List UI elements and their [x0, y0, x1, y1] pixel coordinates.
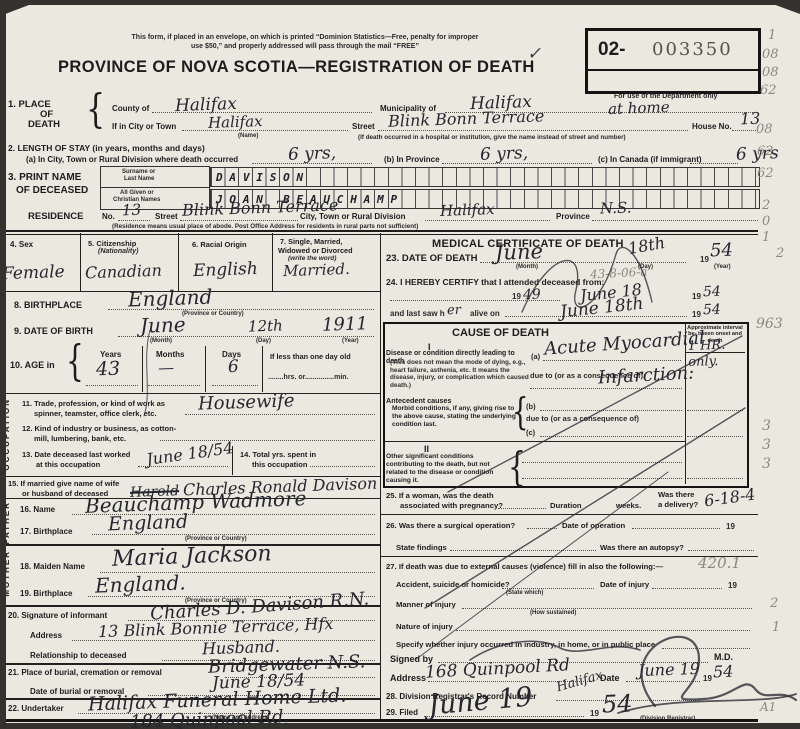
signed-date-value: June 19 — [638, 659, 701, 680]
industry-line — [160, 440, 375, 441]
residence-city-label: City, Town or Rural Division — [300, 212, 406, 221]
print-name-label-2: OF DECEASED — [16, 185, 88, 196]
residence-no-value: 13 — [122, 201, 142, 220]
total-yrs-line — [310, 466, 375, 467]
last-saw-label-1: and last saw h — [390, 309, 445, 318]
house-no-label: House No. — [692, 122, 732, 131]
operation-label: 26. Was there a surgical operation? — [386, 521, 515, 530]
injury-date-label: Date of injury — [600, 580, 649, 589]
informant-sig-label: 20. Signature of informant — [8, 611, 107, 620]
certify-label: 24. I HEREBY CERTIFY that I attended dec… — [386, 277, 604, 287]
surname-comb-grid: DAVISON — [210, 167, 760, 187]
stay-a-value: 6 yrs, — [288, 143, 337, 165]
total-yrs-label-1: 14. Total yrs. spent in — [240, 450, 316, 459]
place-brace: { — [86, 86, 105, 133]
residence-label: RESIDENCE — [28, 211, 83, 222]
mailing-notice-line1: This form, if placed in an envelope, on … — [70, 34, 540, 41]
cause-c-line — [540, 436, 682, 437]
other-conditions-note: Other significant conditions contributin… — [386, 453, 512, 485]
filed-label: 29. Filed — [386, 708, 418, 717]
autopsy-label: Was there an autopsy? — [600, 543, 684, 552]
age-under-day-note: If less than one day old — [270, 352, 351, 361]
dod-day-value: 18th — [627, 233, 667, 258]
residence-province-line — [592, 220, 758, 221]
street-value: Blink Bonn Terrace — [388, 106, 545, 130]
undertaker-label: 22. Undertaker — [8, 704, 64, 713]
interval-line-3 — [687, 478, 743, 479]
citizenship-sublabel: (Nationality) — [98, 248, 138, 255]
margin-note: 1 — [762, 230, 770, 245]
industry-label-2: mill, lumbering, bank, etc. — [34, 434, 126, 443]
cause-title: CAUSE OF DEATH — [452, 327, 549, 339]
city-town-line — [182, 130, 348, 131]
margin-note: 1 — [768, 28, 776, 43]
filed-year-prefix: 19 — [590, 709, 599, 718]
spouse-label-1: 15. If married give name of wife — [8, 479, 119, 488]
age-years-line — [86, 385, 138, 386]
accident-line — [502, 588, 594, 589]
injury-year-prefix: 19 — [728, 581, 737, 590]
age-days-line — [212, 385, 258, 386]
signed-address-label: Address — [390, 673, 426, 683]
residence-no-line — [118, 220, 150, 221]
bottom-rule — [0, 719, 758, 722]
county-label: County of — [112, 104, 149, 113]
dob-month-value: June — [140, 312, 186, 338]
age-months-value: — — [158, 358, 175, 378]
cause-due2-label: due to (or as a consequence of) — [526, 414, 639, 423]
pregnancy-label-2: associated with pregnancy? — [400, 501, 503, 510]
specify-line — [662, 648, 750, 649]
manner-line — [462, 608, 752, 609]
dod-year-value: 54 — [710, 240, 734, 262]
cell-border-3 — [272, 233, 273, 291]
antecedent-label: Antecedent causes — [386, 396, 452, 405]
surname-label-1: Surname or — [122, 169, 155, 175]
signed-year-value: 54 — [713, 662, 734, 682]
marital-label-1: 7. Single, Married, — [280, 237, 342, 246]
cause-b-label: (b) — [526, 402, 536, 411]
dod-label: 23. DATE OF DEATH — [386, 253, 478, 264]
findings-line — [450, 550, 596, 551]
cause-b-line — [540, 410, 682, 411]
at-home-note: at home — [608, 98, 670, 118]
margin-note: 08 — [762, 65, 779, 80]
morbid-note: Morbid conditions, if any, giving rise t… — [392, 405, 520, 429]
duration-label: Duration — [550, 501, 582, 510]
signed-year-prefix: 19 — [703, 674, 712, 683]
nature-line — [456, 630, 750, 631]
marital-label-2: Widowed or Divorced — [278, 246, 353, 255]
dob-month-note: (Month) — [150, 338, 172, 344]
injury-date-line — [652, 588, 722, 589]
other-line-1 — [522, 462, 682, 463]
operation-line — [527, 528, 557, 529]
residence-note: (Residence means usual place of abode. P… — [112, 223, 418, 230]
racial-origin-value: English — [193, 259, 258, 281]
dob-label: 9. DATE OF BIRTH — [14, 326, 93, 336]
margin-note: 3 — [762, 437, 771, 453]
findings-label: State findings — [396, 543, 447, 552]
external-label: 27. If death was due to external causes … — [386, 562, 663, 571]
pen-tick-mark: ✓ — [527, 44, 542, 64]
age-months-line — [148, 385, 200, 386]
last-saw-label-2: alive on — [470, 309, 500, 318]
scan-corner-top-right — [762, 0, 800, 14]
stamp-divider — [588, 69, 758, 71]
dod-year-prefix: 19 — [700, 255, 709, 264]
interval-value: 1 HR. only. — [687, 337, 746, 372]
residence-province-value: N.S. — [600, 198, 632, 217]
last-saw-value: June 18th — [559, 294, 644, 323]
col13-14-divider — [232, 446, 233, 475]
surname-value: DAVISON — [216, 171, 310, 184]
last-saw-fill: er — [447, 303, 461, 318]
name-note: (Name) — [238, 133, 258, 139]
mother-birthplace-value: England. — [95, 570, 186, 597]
other-line-2 — [522, 478, 682, 479]
print-name-label-1: 3. PRINT NAME — [8, 172, 81, 183]
cause-due1-line — [530, 388, 682, 389]
dod-month-note: (Month) — [516, 264, 538, 270]
margin-note: 1 — [772, 620, 780, 635]
city-town-value: Halifax — [208, 112, 263, 132]
last-saw-year: 54 — [703, 302, 721, 319]
trade-label-1: 11. Trade, profession, or kind of work a… — [22, 399, 165, 408]
stamp-prefix: 02- — [598, 39, 625, 61]
rule-under-age — [0, 393, 380, 394]
scan-edge-bottom — [0, 723, 800, 729]
disease-note: (This does not mean the mode of dying, e… — [390, 359, 530, 389]
cause-a-line — [543, 360, 681, 361]
delivery-label-1: Was there — [658, 490, 694, 499]
last-saw-prefix: 19 — [692, 310, 701, 319]
cell-border-1 — [80, 233, 81, 291]
stay-c-label: (c) In Canada (if immigrant) — [598, 155, 702, 164]
age-years-value: 43 — [96, 358, 121, 381]
surname-label-2: Last Name — [124, 176, 154, 182]
delivery-label-2: a delivery? — [658, 500, 698, 509]
age-days-value: 6 — [228, 357, 240, 377]
attended-from-prefix: 19 — [512, 292, 521, 301]
scan-edge-top — [0, 0, 800, 5]
stay-a-label: (a) In City, Town or Rural Division wher… — [26, 155, 238, 164]
margin-note: 2 — [762, 198, 770, 213]
citizenship-value: Canadian — [85, 261, 162, 283]
residence-city-value: Halifax — [440, 200, 495, 220]
specify-label: Specify whether injury occurred in indus… — [396, 640, 655, 649]
residence-province-label: Province — [556, 212, 590, 221]
md-label: M.D. — [714, 652, 733, 662]
cause-a-label: (a) — [531, 352, 540, 361]
age-border-2 — [205, 346, 206, 392]
scan-edge-left — [0, 0, 6, 729]
signed-address-value: 168 Quinpool Rd — [425, 655, 571, 683]
stay-b-value: 6 yrs, — [480, 143, 529, 165]
margin-note: 62 — [757, 166, 774, 181]
pencil-code-27: 420.1 — [698, 554, 741, 572]
death-certificate-scan: This form, if placed in an envelope, on … — [0, 0, 800, 729]
place-section-label-3: DEATH — [28, 119, 60, 130]
father-name-label: 16. Name — [20, 505, 55, 514]
given-label-1: All Given or — [120, 190, 154, 196]
interval-line-1 — [687, 410, 743, 411]
cause-mid-rule — [383, 441, 685, 442]
stay-heading: 2. LENGTH OF STAY (in years, months and … — [8, 143, 205, 153]
margin-note: 3 — [762, 456, 771, 472]
last-worked-label-1: 13. Date deceased last worked — [22, 450, 130, 459]
spouse-value: Charles Ronald Davison — [183, 474, 378, 500]
mother-name-value: Maria Jackson — [112, 541, 272, 572]
operation-date-label: Date of operation — [562, 521, 625, 530]
margin-note: 2 — [776, 246, 784, 261]
margin-note: 3 — [762, 418, 771, 434]
dob-year-note: (Year) — [342, 338, 359, 344]
attended-to-year: 54 — [703, 284, 721, 301]
last-worked-value: June 18/54 — [145, 438, 234, 469]
mailing-notice-line2: use $50,” and properly addressed will pa… — [70, 43, 540, 50]
registration-number-stamp-box: 02- 003350 — [585, 28, 761, 94]
margin-note: A1 — [760, 700, 776, 714]
manner-label: Manner of injury — [396, 600, 456, 609]
trade-value: Housewife — [198, 390, 295, 414]
autopsy-line — [688, 550, 754, 551]
residence-street-label: Street — [155, 212, 178, 221]
residence-street-line — [180, 220, 298, 221]
attended-from-value: 49 — [523, 287, 541, 304]
state-which-note: (State which) — [506, 590, 543, 596]
mother-birthplace-label: 19. Birthplace — [20, 589, 72, 598]
stay-b-label: (b) In Province — [384, 155, 440, 164]
marital-value: Married. — [283, 260, 350, 280]
residence-city-line — [425, 220, 550, 221]
burial-place-label: 21. Place of burial, cremation or remova… — [8, 668, 162, 677]
father-birthplace-label: 17. Birthplace — [20, 527, 72, 536]
signed-date-label: Date — [600, 673, 620, 683]
industry-label-1: 12. Kind of industry or business, as cot… — [22, 424, 176, 433]
dob-year-value: 1911 — [322, 313, 369, 336]
dod-day-line — [616, 262, 686, 263]
sex-value: Female — [2, 262, 65, 284]
stamp-number: 003350 — [652, 39, 733, 60]
house-no-line — [732, 130, 758, 131]
margin-note: 2 — [770, 596, 778, 611]
pregnancy-label-1: 25. If a woman, was the death — [386, 491, 494, 500]
trade-label-2: spinner, teamster, office clerk, etc. — [34, 409, 157, 418]
age-label: 10. AGE in — [10, 360, 55, 370]
informant-address-label: Address — [30, 631, 62, 640]
filed-year-value: 54 — [602, 689, 634, 718]
nature-label: Nature of injury — [396, 622, 453, 631]
dob-day-note: (Day) — [256, 338, 271, 344]
sex-label: 4. Sex — [10, 240, 33, 249]
last-worked-label-2: at this occupation — [36, 460, 100, 469]
birthplace-note: (Province or Country) — [182, 311, 244, 317]
header-separator-rule — [0, 230, 758, 235]
father-birthplace-value: England — [108, 511, 189, 536]
scan-corner-top-left — [0, 0, 42, 16]
mother-name-label: 18. Maiden Name — [20, 562, 85, 571]
margin-note: 08 — [756, 122, 773, 137]
age-brace: { — [66, 336, 84, 386]
other-brace: { — [508, 443, 526, 491]
cell-border-2 — [178, 233, 179, 291]
informant-relation-label: Relationship to deceased — [30, 651, 126, 660]
rule-under-25 — [380, 514, 758, 515]
total-yrs-label-2: this occupation — [252, 460, 307, 469]
birthplace-label: 8. BIRTHPLACE — [14, 300, 82, 310]
margin-note: 963 — [756, 316, 783, 332]
margin-note: 62 — [757, 144, 774, 159]
attended-to-prefix: 19 — [692, 292, 701, 301]
citizenship-label: 5. Citizenship — [88, 239, 136, 248]
cause-c-label: (c) — [526, 428, 535, 437]
age-hrs-min-note: ........hrs. or...............min. — [268, 374, 349, 381]
signed-date-line — [626, 681, 700, 682]
city-town-label: If in City or Town — [112, 122, 176, 131]
street-label: Street — [352, 122, 375, 131]
dob-day-value: 12th — [248, 316, 283, 335]
dod-year-note: (Year) — [714, 264, 731, 270]
dod-month-value: June — [495, 239, 544, 265]
column-divider — [380, 233, 381, 720]
hospital-note: (If death occurred in a hospital or inst… — [358, 134, 626, 141]
residence-no-label: No. — [102, 212, 115, 221]
margin-note: 08 — [762, 47, 779, 62]
age-border-3 — [262, 346, 263, 392]
racial-origin-label: 6. Racial Origin — [192, 240, 247, 249]
margin-note: 62 — [760, 83, 777, 98]
pregnancy-line — [498, 508, 546, 509]
operation-date-line — [632, 528, 720, 529]
birthplace-value: England — [128, 285, 213, 312]
operation-year-prefix: 19 — [726, 522, 735, 531]
age-border-1 — [142, 346, 143, 392]
weeks-label: weeks. — [616, 501, 641, 510]
margin-note: 0 — [762, 214, 770, 229]
delivery-value: 6-18-4 — [703, 485, 757, 511]
accident-label: Accident, suicide or homicide? — [396, 580, 510, 589]
how-sustained-note: (How sustained) — [530, 610, 576, 616]
form-title: PROVINCE OF NOVA SCOTIA—REGISTRATION OF … — [58, 58, 535, 77]
interval-line-2 — [687, 436, 743, 437]
father-birthplace-note: (Province or Country) — [185, 536, 247, 542]
street-line — [378, 130, 688, 131]
stay-c-line — [690, 163, 738, 164]
